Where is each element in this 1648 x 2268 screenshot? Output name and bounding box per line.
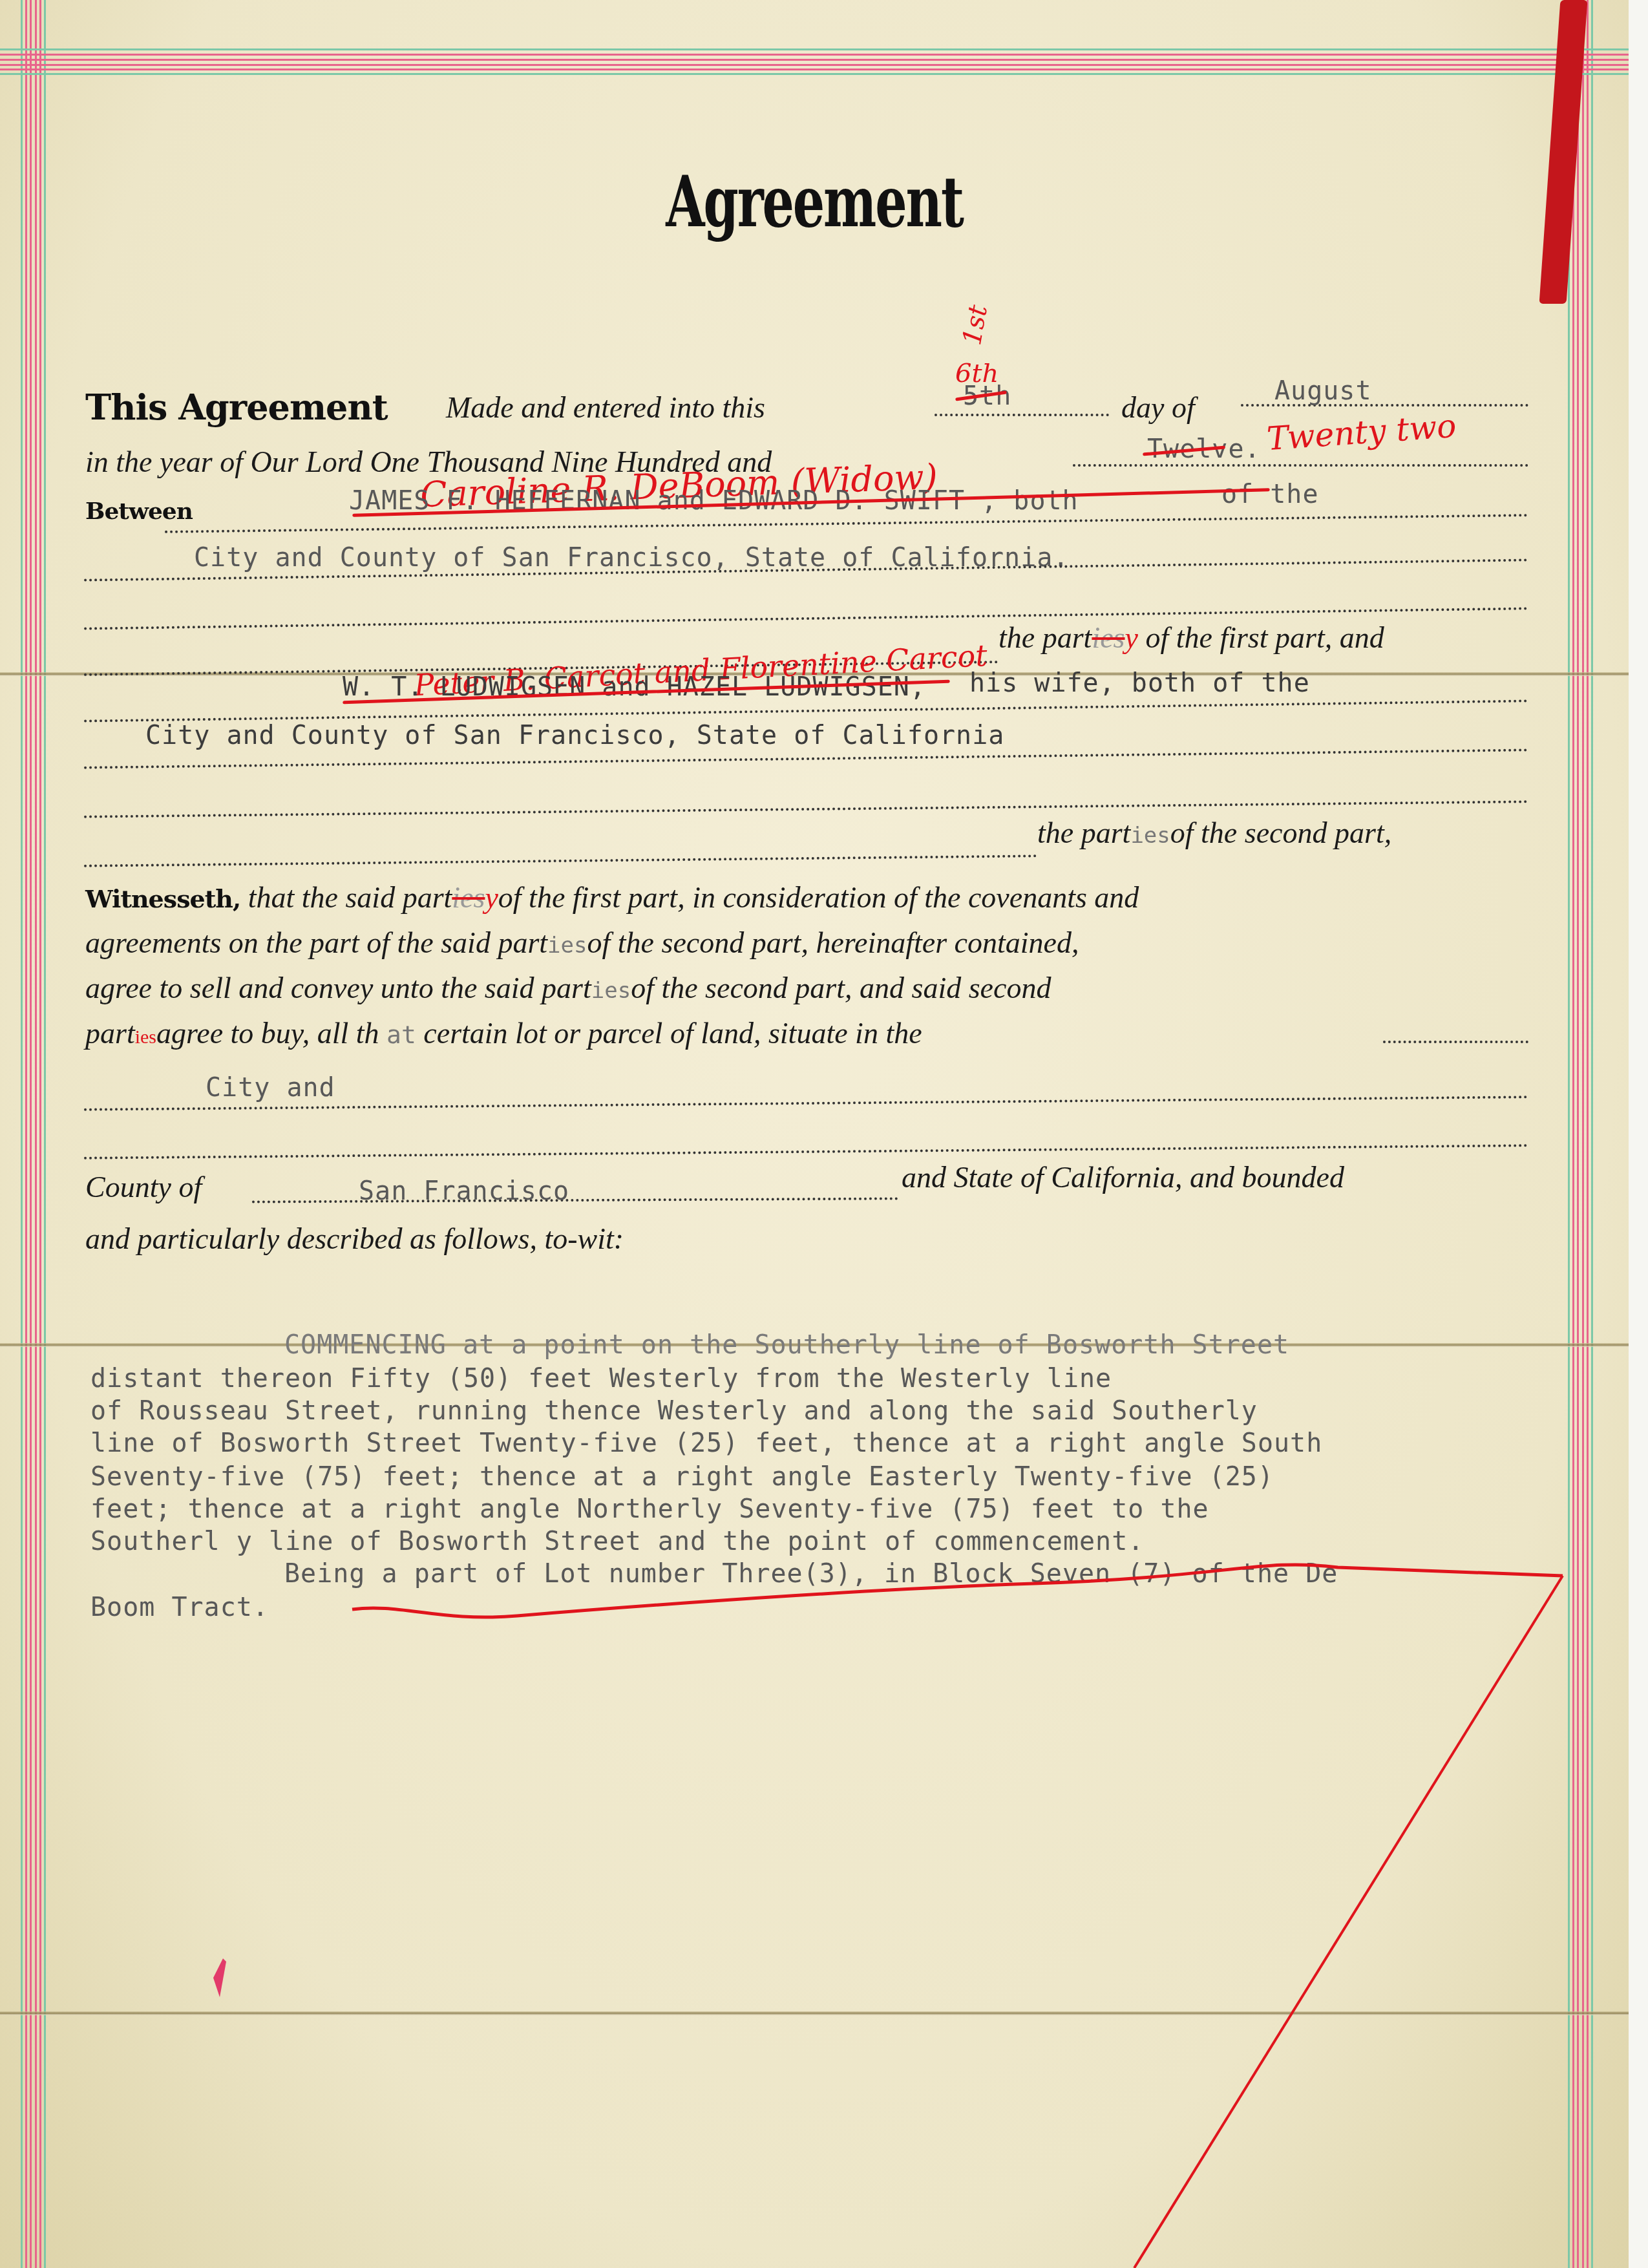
red-closing-line (0, 0, 1648, 2268)
